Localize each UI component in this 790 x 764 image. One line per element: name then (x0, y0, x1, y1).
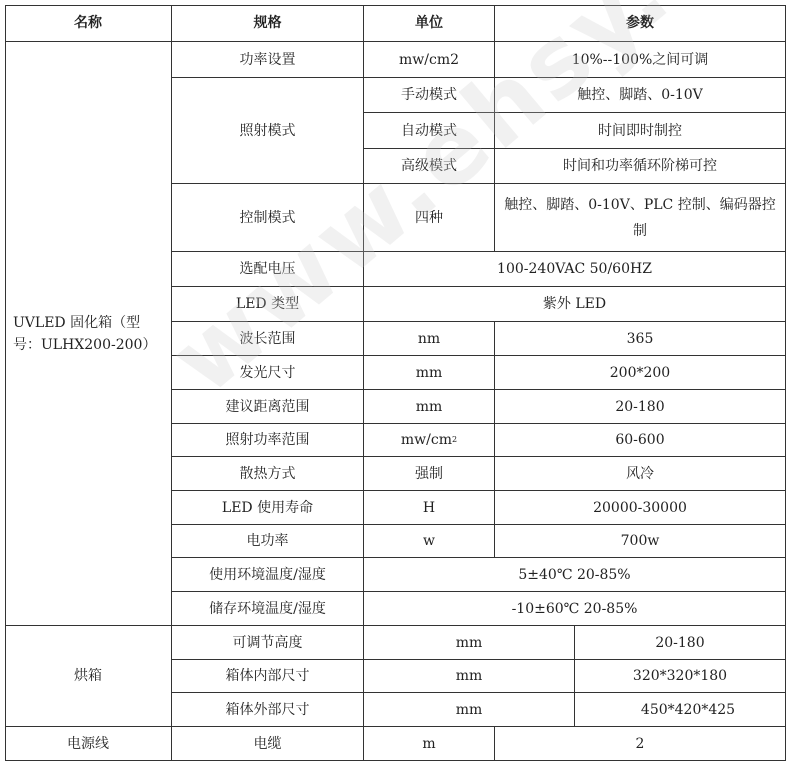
spec-wavelength: 波长范围 (172, 322, 364, 356)
unit-auto-mode: 自动模式 (364, 113, 495, 149)
unit-advanced-mode: 高级模式 (364, 149, 495, 184)
value-store-env: -10±60℃ 20-85% (364, 592, 786, 626)
spec-emit-size: 发光尺寸 (172, 356, 364, 390)
group-uvled: UVLED 固化箱（型号：ULHX200-200） (5, 42, 172, 626)
value-emit-size: 200*200 (495, 356, 786, 390)
spec-oven-height: 可调节高度 (172, 626, 364, 660)
value-led-life: 20000-30000 (495, 491, 786, 525)
unit-cable: m (364, 727, 495, 761)
value-irradiance: 60-600 (495, 424, 786, 457)
value-power: 700w (495, 525, 786, 558)
spec-led-type: LED 类型 (172, 287, 364, 322)
unit-oven-outer: mm (364, 693, 575, 727)
unit-power: w (364, 525, 495, 558)
header-name: 名称 (5, 5, 172, 42)
value-distance: 20-180 (495, 390, 786, 424)
value-control-mode: 触控、脚踏、0-10V、PLC 控制、编码器控制 (495, 184, 786, 252)
group-oven: 烘箱 (5, 626, 172, 727)
spec-distance: 建议距离范围 (172, 390, 364, 424)
spec-power-setting: 功率设置 (172, 42, 364, 78)
header-param: 参数 (495, 5, 786, 42)
spec-control-mode: 控制模式 (172, 184, 364, 252)
unit-emit-size: mm (364, 356, 495, 390)
group-power-cord: 电源线 (5, 727, 172, 761)
spec-power: 电功率 (172, 525, 364, 558)
value-cooling: 风冷 (495, 457, 786, 491)
spec-voltage: 选配电压 (172, 252, 364, 287)
spec-irradiation-mode: 照射模式 (172, 78, 364, 184)
unit-irradiance: mw/cm2 (364, 424, 495, 457)
value-auto-mode: 时间即时制控 (495, 113, 786, 149)
unit-power-setting: mw/cm2 (364, 42, 495, 78)
spec-cable: 电缆 (172, 727, 364, 761)
header-unit: 单位 (364, 5, 495, 42)
unit-oven-height: mm (364, 626, 575, 660)
value-cable: 2 (495, 727, 786, 761)
value-oven-height: 20-180 (575, 626, 786, 660)
header-spec: 规格 (172, 5, 364, 42)
value-power-setting: 10%--100%之间可调 (495, 42, 786, 78)
spec-oven-inner: 箱体内部尺寸 (172, 660, 364, 693)
value-oven-inner: 320*320*180 (575, 660, 786, 693)
spec-cooling: 散热方式 (172, 457, 364, 491)
unit-control-mode: 四种 (364, 184, 495, 252)
value-led-type: 紫外 LED (364, 287, 786, 322)
value-wavelength: 365 (495, 322, 786, 356)
spec-store-env: 储存环境温度/湿度 (172, 592, 364, 626)
spec-irradiance: 照射功率范围 (172, 424, 364, 457)
unit-manual-mode: 手动模式 (364, 78, 495, 113)
spec-use-env: 使用环境温度/湿度 (172, 558, 364, 592)
value-advanced-mode: 时间和功率循环阶梯可控 (495, 149, 786, 184)
value-manual-mode: 触控、脚踏、0-10V (495, 78, 786, 113)
spec-led-life: LED 使用寿命 (172, 491, 364, 525)
value-voltage: 100-240VAC 50/60HZ (364, 252, 786, 287)
unit-irradiance-base: mw/cm (401, 429, 452, 451)
unit-led-life: H (364, 491, 495, 525)
unit-wavelength: nm (364, 322, 495, 356)
value-oven-outer: 450*420*425 (575, 693, 786, 727)
unit-cooling: 强制 (364, 457, 495, 491)
unit-distance: mm (364, 390, 495, 424)
spec-oven-outer: 箱体外部尺寸 (172, 693, 364, 727)
value-use-env: 5±40℃ 20-85% (364, 558, 786, 592)
unit-oven-inner: mm (364, 660, 575, 693)
